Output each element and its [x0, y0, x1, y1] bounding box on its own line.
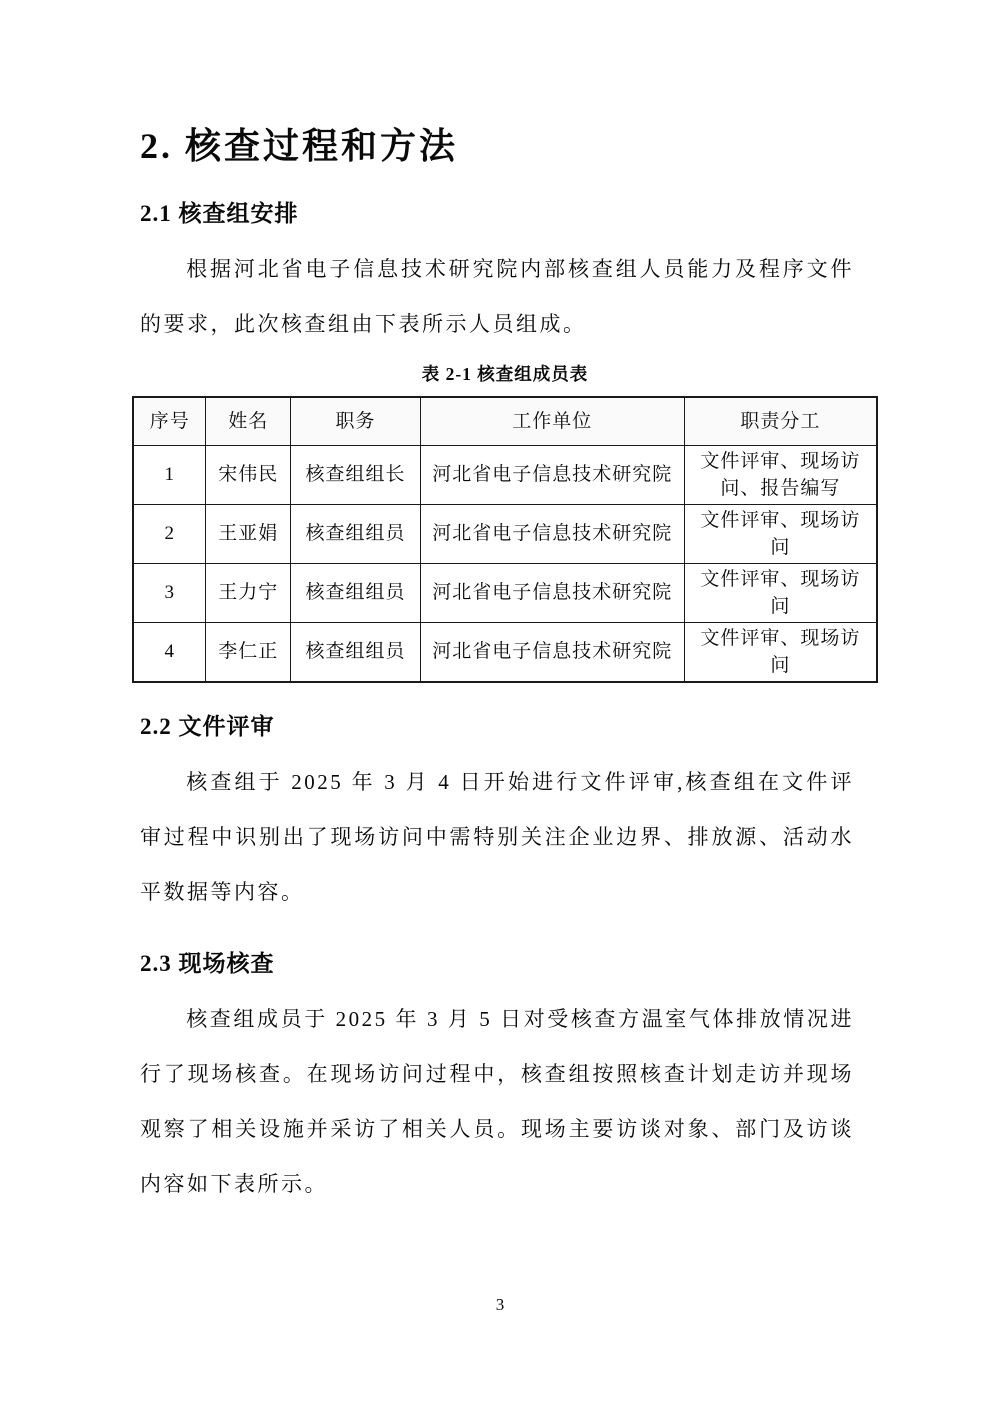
table-cell-duty: 文件评审、现场访问 — [684, 622, 877, 682]
column-header-org: 工作单位 — [420, 397, 684, 445]
table-cell-index: 1 — [133, 445, 206, 504]
table-cell-org: 河北省电子信息技术研究院 — [420, 445, 684, 504]
table-cell-duty: 文件评审、现场访问 — [684, 563, 877, 622]
table-cell-duty: 文件评审、现场访问 — [684, 504, 877, 563]
column-header-index: 序号 — [133, 397, 206, 445]
section-heading-2-1: 2.1 核查组安排 — [140, 198, 878, 229]
column-header-role: 职务 — [291, 397, 420, 445]
table-row: 1 宋伟民 核查组组长 河北省电子信息技术研究院 文件评审、现场访问、报告编写 — [133, 445, 877, 504]
page-number: 3 — [0, 1295, 1000, 1315]
verification-team-table: 序号 姓名 职务 工作单位 职责分工 1 宋伟民 核查组组长 河北省电子信息技术… — [132, 396, 878, 683]
table-header-row: 序号 姓名 职务 工作单位 职责分工 — [133, 397, 877, 445]
table-row: 3 王力宁 核查组组员 河北省电子信息技术研究院 文件评审、现场访问 — [133, 563, 877, 622]
table-cell-index: 2 — [133, 504, 206, 563]
table-cell-duty: 文件评审、现场访问、报告编写 — [684, 445, 877, 504]
table-row: 2 王亚娟 核查组组员 河北省电子信息技术研究院 文件评审、现场访问 — [133, 504, 877, 563]
table-cell-name: 王力宁 — [206, 563, 291, 622]
page-title: 2. 核查过程和方法 — [140, 122, 878, 170]
table-cell-org: 河北省电子信息技术研究院 — [420, 504, 684, 563]
section-heading-2-2: 2.2 文件评审 — [140, 711, 878, 742]
table-cell-role: 核查组组员 — [291, 622, 420, 682]
table-caption: 表 2-1 核查组成员表 — [132, 361, 878, 386]
table-cell-index: 3 — [133, 563, 206, 622]
section-paragraph-2-1: 根据河北省电子信息技术研究院内部核查组人员能力及程序文件的要求，此次核查组由下表… — [140, 242, 854, 352]
table-row: 4 李仁正 核查组组员 河北省电子信息技术研究院 文件评审、现场访问 — [133, 622, 877, 682]
table-cell-name: 宋伟民 — [206, 445, 291, 504]
section-paragraph-2-3: 核查组成员于 2025 年 3 月 5 日对受核查方温室气体排放情况进行了现场核… — [140, 992, 854, 1212]
table-cell-role: 核查组组员 — [291, 504, 420, 563]
column-header-duty: 职责分工 — [684, 397, 877, 445]
table-cell-index: 4 — [133, 622, 206, 682]
column-header-name: 姓名 — [206, 397, 291, 445]
table-cell-org: 河北省电子信息技术研究院 — [420, 622, 684, 682]
table-cell-name: 李仁正 — [206, 622, 291, 682]
section-paragraph-2-2: 核查组于 2025 年 3 月 4 日开始进行文件评审,核查组在文件评审过程中识… — [140, 755, 854, 920]
table-cell-org: 河北省电子信息技术研究院 — [420, 563, 684, 622]
document-page: 2. 核查过程和方法 2.1 核查组安排 根据河北省电子信息技术研究院内部核查组… — [0, 0, 1000, 1415]
table-cell-name: 王亚娟 — [206, 504, 291, 563]
section-heading-2-3: 2.3 现场核查 — [140, 948, 878, 979]
table-cell-role: 核查组组长 — [291, 445, 420, 504]
table-cell-role: 核查组组员 — [291, 563, 420, 622]
